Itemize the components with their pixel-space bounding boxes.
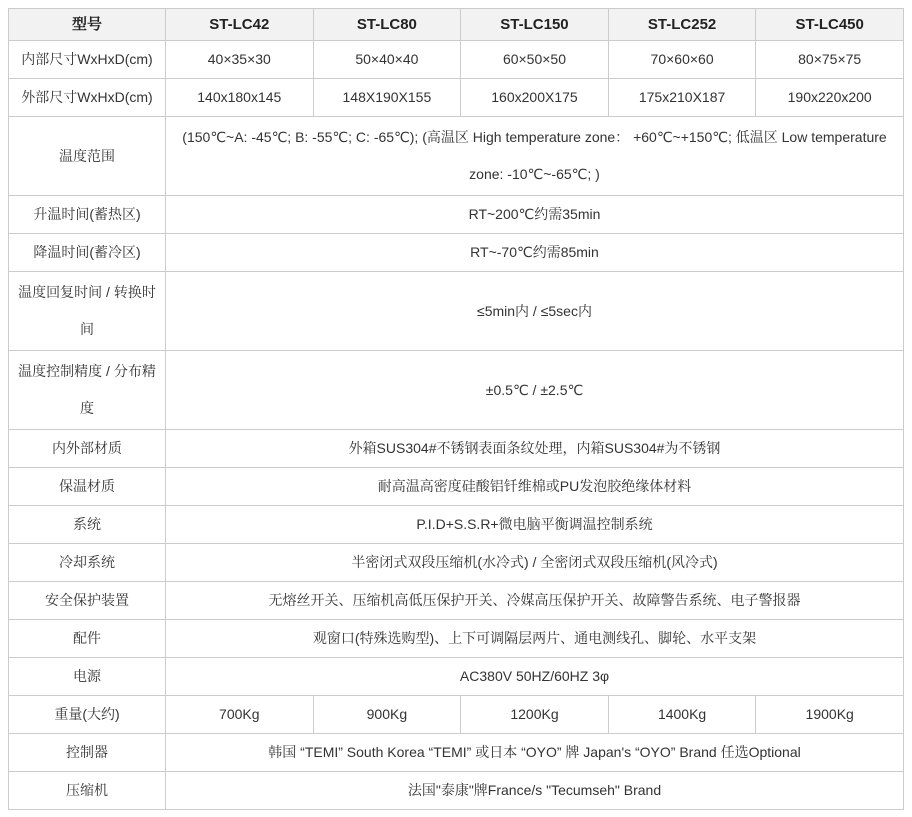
row-label: 外部尺寸WxHxD(cm)	[9, 79, 166, 117]
row-label: 冷却系统	[9, 544, 166, 582]
cell-value: 60×50×50	[461, 41, 609, 79]
cell-value: 190x220x200	[756, 79, 904, 117]
row-power-supply: 电源 AC380V 50HZ/60HZ 3φ	[9, 658, 904, 696]
span-value: 半密闭式双段压缩机(水冷式) / 全密闭式双段压缩机(风冷式)	[166, 544, 904, 582]
span-value: 无熔丝开关、压缩机高低压保护开关、冷媒高压保护开关、故障警告系统、电子警报器	[166, 582, 904, 620]
row-label: 温度回复时间 / 转换时间	[9, 272, 166, 351]
row-outer-dimensions: 外部尺寸WxHxD(cm) 140x180x145 148X190X155 16…	[9, 79, 904, 117]
span-value: ≤5min内 / ≤5sec内	[166, 272, 904, 351]
span-value: RT~-70℃约需85min	[166, 234, 904, 272]
row-heatup-time: 升温时间(蓄热区) RT~200℃约需35min	[9, 196, 904, 234]
header-model-st-lc252: ST-LC252	[608, 9, 756, 41]
span-value: 韩国 “TEMI” South Korea “TEMI” 或日本 “OYO” 牌…	[166, 734, 904, 772]
header-model-st-lc42: ST-LC42	[166, 9, 314, 41]
span-value: ±0.5℃ / ±2.5℃	[166, 351, 904, 430]
row-cooling-system: 冷却系统 半密闭式双段压缩机(水冷式) / 全密闭式双段压缩机(风冷式)	[9, 544, 904, 582]
row-label: 控制器	[9, 734, 166, 772]
row-label: 内外部材质	[9, 430, 166, 468]
cell-value: 1200Kg	[461, 696, 609, 734]
row-system: 系统 P.I.D+S.S.R+微电脑平衡调温控制系统	[9, 506, 904, 544]
header-model-st-lc450: ST-LC450	[756, 9, 904, 41]
row-label: 系统	[9, 506, 166, 544]
row-label: 重量(大约)	[9, 696, 166, 734]
cell-value: 1900Kg	[756, 696, 904, 734]
spec-table: 型号 ST-LC42 ST-LC80 ST-LC150 ST-LC252 ST-…	[8, 8, 904, 810]
row-control-accuracy: 温度控制精度 / 分布精度 ±0.5℃ / ±2.5℃	[9, 351, 904, 430]
cell-value: 70×60×60	[608, 41, 756, 79]
span-value: 法国"泰康"牌France/s "Tecumseh" Brand	[166, 772, 904, 810]
row-temperature-range: 温度范围 (150℃~A: -45℃; B: -55℃; C: -65℃); (…	[9, 117, 904, 196]
span-value: 耐高温高密度硅酸铝钎维棉或PU发泡胶绝缘体材料	[166, 468, 904, 506]
cell-value: 900Kg	[313, 696, 461, 734]
row-label: 压缩机	[9, 772, 166, 810]
row-compressor: 压缩机 法国"泰康"牌France/s "Tecumseh" Brand	[9, 772, 904, 810]
span-value: AC380V 50HZ/60HZ 3φ	[166, 658, 904, 696]
cell-value: 700Kg	[166, 696, 314, 734]
span-value: RT~200℃约需35min	[166, 196, 904, 234]
row-label: 保温材质	[9, 468, 166, 506]
row-controller: 控制器 韩国 “TEMI” South Korea “TEMI” 或日本 “OY…	[9, 734, 904, 772]
row-label: 降温时间(蓄冷区)	[9, 234, 166, 272]
cell-value: 148X190X155	[313, 79, 461, 117]
table-header-row: 型号 ST-LC42 ST-LC80 ST-LC150 ST-LC252 ST-…	[9, 9, 904, 41]
row-label: 升温时间(蓄热区)	[9, 196, 166, 234]
row-recovery-time: 温度回复时间 / 转换时间 ≤5min内 / ≤5sec内	[9, 272, 904, 351]
cell-value: 175x210X187	[608, 79, 756, 117]
cell-value: 50×40×40	[313, 41, 461, 79]
span-value: P.I.D+S.S.R+微电脑平衡调温控制系统	[166, 506, 904, 544]
header-model-st-lc80: ST-LC80	[313, 9, 461, 41]
cell-value: 80×75×75	[756, 41, 904, 79]
row-material: 内外部材质 外箱SUS304#不锈钢表面条纹处理，内箱SUS304#为不锈钢	[9, 430, 904, 468]
row-insulation-material: 保温材质 耐高温高密度硅酸铝钎维棉或PU发泡胶绝缘体材料	[9, 468, 904, 506]
row-label: 温度范围	[9, 117, 166, 196]
row-label: 温度控制精度 / 分布精度	[9, 351, 166, 430]
cell-value: 140x180x145	[166, 79, 314, 117]
cell-value: 160x200X175	[461, 79, 609, 117]
row-accessories: 配件 观窗口(特殊选购型)、上下可调隔层两片、通电测线孔、脚轮、水平支架	[9, 620, 904, 658]
row-label: 内部尺寸WxHxD(cm)	[9, 41, 166, 79]
row-cooldown-time: 降温时间(蓄冷区) RT~-70℃约需85min	[9, 234, 904, 272]
cell-value: 1400Kg	[608, 696, 756, 734]
spec-page: 型号 ST-LC42 ST-LC80 ST-LC150 ST-LC252 ST-…	[0, 0, 912, 817]
header-model-st-lc150: ST-LC150	[461, 9, 609, 41]
row-inner-dimensions: 内部尺寸WxHxD(cm) 40×35×30 50×40×40 60×50×50…	[9, 41, 904, 79]
row-label: 电源	[9, 658, 166, 696]
span-value: 观窗口(特殊选购型)、上下可调隔层两片、通电测线孔、脚轮、水平支架	[166, 620, 904, 658]
cell-value: 40×35×30	[166, 41, 314, 79]
row-label: 安全保护装置	[9, 582, 166, 620]
row-safety-devices: 安全保护装置 无熔丝开关、压缩机高低压保护开关、冷媒高压保护开关、故障警告系统、…	[9, 582, 904, 620]
row-weight: 重量(大约) 700Kg 900Kg 1200Kg 1400Kg 1900Kg	[9, 696, 904, 734]
header-model-label: 型号	[9, 9, 166, 41]
span-value: (150℃~A: -45℃; B: -55℃; C: -65℃); (高温区 H…	[166, 117, 904, 196]
span-value: 外箱SUS304#不锈钢表面条纹处理，内箱SUS304#为不锈钢	[166, 430, 904, 468]
row-label: 配件	[9, 620, 166, 658]
